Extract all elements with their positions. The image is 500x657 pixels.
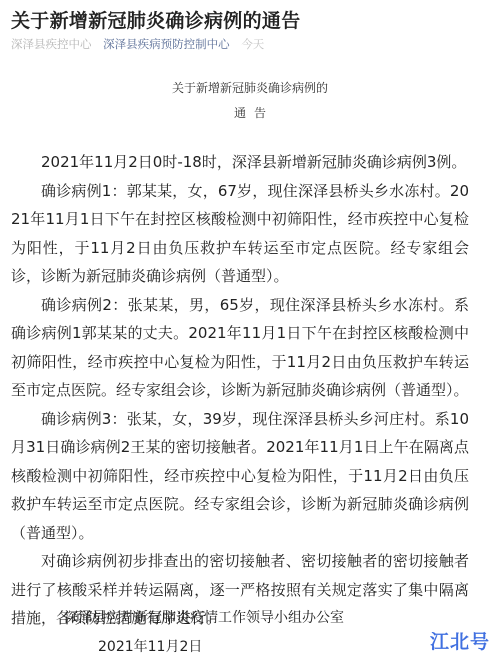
document-heading-line1: 关于新增新冠肺炎确诊病例的 xyxy=(0,79,500,96)
publish-time: 今天 xyxy=(241,37,264,51)
article-meta: 深泽县疾控中心 深泽县疾病预防控制中心 今天 xyxy=(11,36,272,52)
signature-office: 深泽县应对新冠肺炎疫情工作领导小组办公室 xyxy=(64,607,344,627)
paragraph-case-1: 确诊病例1：郭某某，女，67岁，现住深泽县桥头乡水冻村。2021年11月1日下午… xyxy=(11,177,469,291)
signature-date: 2021年11月2日 xyxy=(98,636,202,656)
watermark-logo: 江北号 xyxy=(430,627,490,654)
article-title: 关于新增新冠肺炎确诊病例的通告 xyxy=(11,6,301,33)
source-label: 深泽县疾控中心 xyxy=(11,37,92,51)
account-link[interactable]: 深泽县疾病预防控制中心 xyxy=(103,37,230,51)
paragraph-case-2: 确诊病例2：张某某，男，65岁，现住深泽县桥头乡水冻村。系确诊病例1郭某某的丈夫… xyxy=(11,291,469,405)
document-body: 2021年11月2日0时-18时，深泽县新增新冠肺炎确诊病例3例。 确诊病例1：… xyxy=(11,148,469,633)
paragraph-case-3: 确诊病例3：张某，女，39岁，现住深泽县桥头乡河庄村。系10月31日确诊病例2王… xyxy=(11,405,469,548)
paragraph-summary: 2021年11月2日0时-18时，深泽县新增新冠肺炎确诊病例3例。 xyxy=(11,148,469,177)
document-heading-line2: 通告 xyxy=(0,104,500,121)
